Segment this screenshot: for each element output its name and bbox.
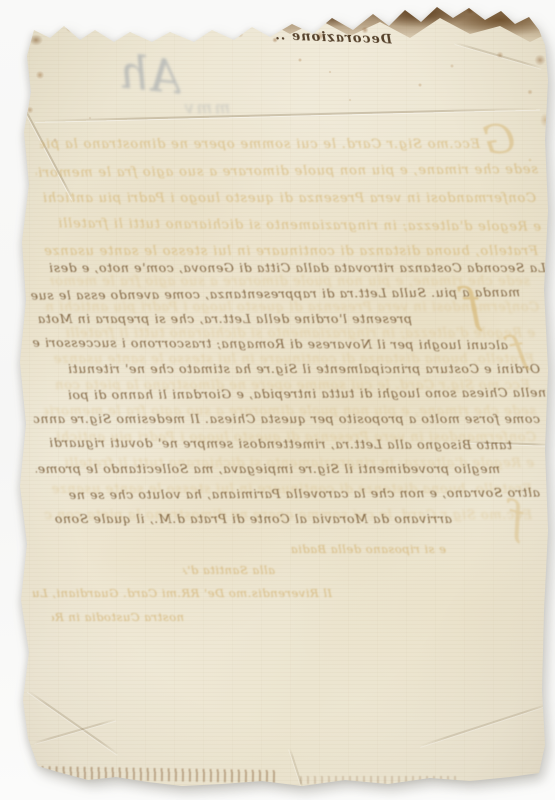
manuscript-page: Decorazione .. Ah mmv Ecc.mo Sig.r Card.… <box>0 0 555 800</box>
paper-edge-vignette <box>0 0 555 800</box>
paper-drop-shadow: Decorazione .. Ah mmv Ecc.mo Sig.r Card.… <box>0 0 555 800</box>
scanner-background: Decorazione .. Ah mmv Ecc.mo Sig.r Card.… <box>0 0 555 800</box>
